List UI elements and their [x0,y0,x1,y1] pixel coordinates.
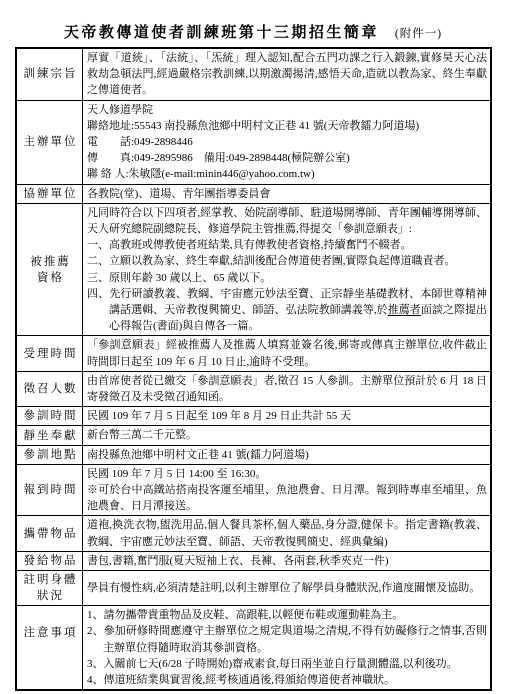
row-paragraph: 四、先行研讀教義、教綱、宇宙應元妙法至寶、正宗靜坐基礎教材、本師世尊精神講話選輯… [87,286,487,335]
row-label: 靜坐奉獻 [17,426,83,444]
row-content: 書包,書籍,奮鬥服(夏天短袖上衣、長褲、各兩套,秋季夾克一件) [83,552,490,570]
row-label: 參訓地點 [17,446,83,464]
row-content: 厚實「道統」、「法統」、「炁統」理入認知,配合五門功課之行入鍛鍊,實修昊天心法救… [83,49,490,100]
row-paragraph: 3、入關前七天(6/28 子時開始)齋戒素食,每日兩坐並自行量測體溫,以利後功。 [87,656,487,672]
row-paragraph: 1、請勿攜帶貴重物品及皮鞋、高跟鞋,以輕便布鞋或運動鞋為主。 [87,607,487,623]
row-paragraph: 三、原則年齡 30 歲以上、65 歲以下。 [87,270,487,286]
table-row: 主辦單位天人修道學院聯絡地址:55543 南投縣魚池鄉中明村文正巷 41 號(天… [17,100,490,184]
row-content: 學員有慢性病,必須清楚註明,以利主辦單位了解學員身體狀況,作適度關懷及協助。 [83,571,490,605]
row-content: 各教院(堂)、道場、青年團指導委員會 [83,185,490,203]
row-paragraph: 道袍,換洗衣物,盥洗用品,個人餐具茶杯,個人藥品,身分證,健保卡。指定書籍(教義… [87,517,487,549]
doc-table: 訓練宗旨厚實「道統」、「法統」、「炁統」理入認知,配合五門功課之行入鍛鍊,實修昊… [15,47,492,691]
row-paragraph: 2、參加研修時間應遵守主辦單位之規定與道場之清規,不得有妨礙修行之情事,否則主辦… [87,623,487,655]
row-label: 攜帶物品 [17,516,83,550]
row-label: 主辦單位 [17,101,83,184]
row-content: 由首席使者從已繳交「參訓意願表」者,徵召 15 人參訓。主辦單位預計於 6 月 … [83,372,490,406]
row-paragraph: ※可於台中高鐵站搭南投客運至埔里、魚池農會、日月潭。報到時專車至埔里、魚池農會、… [87,482,487,514]
row-paragraph: 南投縣魚池鄉中明村文正巷 41 號(鐳力阿道場) [87,447,487,463]
row-paragraph: 傳 真:049-2895986 備用:049-2898448(極院辦公室) [87,150,487,166]
table-row: 受理時間「參訓意願表」經被推薦人及推薦人填寫並簽名後,郵寄或傳真主辦單位,收件截… [17,335,490,370]
row-content: 新台幣三萬二千元整。 [83,426,490,444]
row-content: 道袍,換洗衣物,盥洗用品,個人餐具茶杯,個人藥品,身分證,健保卡。指定書籍(教義… [83,516,490,550]
row-paragraph: 民國 109 年 7 月 5 日起至 109 年 8 月 29 日止共計 55 … [87,408,487,424]
table-row: 靜坐奉獻新台幣三萬二千元整。 [17,425,490,444]
table-row: 註明身體狀況學員有慢性病,必須清楚註明,以利主辦單位了解學員身體狀況,作適度關懷… [17,570,490,605]
row-paragraph: 二、立願以教為家、終生奉獻,結訓後配合傳道使者團,實際負起傳道職責者。 [87,253,487,269]
row-paragraph: 學員有慢性病,必須清楚註明,以利主辦單位了解學員身體狀況,作適度關懷及協助。 [87,580,487,596]
row-content: 南投縣魚池鄉中明村文正巷 41 號(鐳力阿道場) [83,446,490,464]
row-label: 訓練宗旨 [17,49,83,100]
row-label: 發給物品 [17,552,83,570]
row-content: 民國 109 年 7 月 5 日 14:00 至 16:30。※可於台中高鐵站搭… [83,465,490,516]
table-row: 參訓地點南投縣魚池鄉中明村文正巷 41 號(鐳力阿道場) [17,445,490,464]
row-paragraph: 4、傳道班結業與實習後,經考核通過後,得頒給傳道使者神職狀。 [87,672,487,688]
row-content: 民國 109 年 7 月 5 日起至 109 年 8 月 29 日止共計 55 … [83,407,490,425]
attachment-note: (附件一) [395,25,442,41]
row-paragraph: 民國 109 年 7 月 5 日 14:00 至 16:30。 [87,466,487,482]
row-paragraph: 電 話:049-2898446 [87,134,487,150]
table-row: 發給物品書包,書籍,奮鬥服(夏天短袖上衣、長褲、各兩套,秋季夾克一件) [17,551,490,570]
row-content: 凡同時符合以下四項者,經掌教、始院副導師、駐道場開導師、青年團輔導開導師、天人研… [83,204,490,336]
row-label: 協辦單位 [17,185,83,203]
row-paragraph: 各教院(堂)、道場、青年團指導委員會 [87,186,487,202]
row-paragraph: 書包,書籍,奮鬥服(夏天短袖上衣、長褲、各兩套,秋季夾克一件) [87,553,487,569]
row-paragraph: 一、高教班或傳教使者班結業,具有傳教使者資格,持續奮鬥不輟者。 [87,237,487,253]
row-paragraph: 新台幣三萬二千元整。 [87,427,487,443]
table-row: 參訓時間民國 109 年 7 月 5 日起至 109 年 8 月 29 日止共計… [17,406,490,425]
page-title: 天帝教傳道使者訓練班第十三期招生簡章 [64,21,379,42]
table-row: 攜帶物品道袍,換洗衣物,盥洗用品,個人餐具茶杯,個人藥品,身分證,健保卡。指定書… [17,515,490,550]
table-row: 訓練宗旨厚實「道統」、「法統」、「炁統」理入認知,配合五門功課之行入鍛鍊,實修昊… [17,49,490,100]
row-paragraph: 「參訓意願表」經被推薦人及推薦人填寫並簽名後,郵寄或傳真主辦單位,收件截止時間即… [87,337,487,369]
table-row: 徵召人數由首席使者從已繳交「參訓意願表」者,徵召 15 人參訓。主辦單位預計於 … [17,371,490,406]
row-label: 參訓時間 [17,407,83,425]
row-content: 「參訓意願表」經被推薦人及推薦人填寫並簽名後,郵寄或傳真主辦單位,收件截止時間即… [83,336,490,370]
row-content: 天人修道學院聯絡地址:55543 南投縣魚池鄉中明村文正巷 41 號(天帝教鐳力… [83,101,490,184]
row-label: 被推薦資格 [17,204,83,336]
document-page: 天帝教傳道使者訓練班第十三期招生簡章 (附件一) 訓練宗旨厚實「道統」、「法統」… [0,0,506,694]
row-paragraph: 天人修道學院 [87,102,487,118]
row-paragraph: 厚實「道統」、「法統」、「炁統」理入認知,配合五門功課之行入鍛鍊,實修昊天心法救… [87,50,487,99]
row-label: 注意事項 [17,606,83,689]
row-label: 徵召人數 [17,372,83,406]
row-content: 1、請勿攜帶貴重物品及皮鞋、高跟鞋,以輕便布鞋或運動鞋為主。2、參加研修時間應遵… [83,606,490,689]
table-row: 被推薦資格凡同時符合以下四項者,經掌教、始院副導師、駐道場開導師、青年團輔導開導… [17,203,490,336]
table-row: 協辦單位各教院(堂)、道場、青年團指導委員會 [17,184,490,203]
title-bar: 天帝教傳道使者訓練班第十三期招生簡章 (附件一) [0,21,506,42]
table-row: 報到時間民國 109 年 7 月 5 日 14:00 至 16:30。※可於台中… [17,464,490,516]
row-label: 受理時間 [17,336,83,370]
row-paragraph: 聯絡地址:55543 南投縣魚池鄉中明村文正巷 41 號(天帝教鐳力阿道場) [87,118,487,134]
row-label: 註明身體狀況 [17,571,83,605]
row-label: 報到時間 [17,465,83,516]
row-paragraph: 凡同時符合以下四項者,經掌教、始院副導師、駐道場開導師、青年團輔導開導師、天人研… [87,205,487,237]
row-paragraph: 由首席使者從已繳交「參訓意願表」者,徵召 15 人參訓。主辦單位預計於 6 月 … [87,373,487,405]
table-row: 注意事項1、請勿攜帶貴重物品及皮鞋、高跟鞋,以輕便布鞋或運動鞋為主。2、參加研修… [17,605,490,689]
row-paragraph: 聯 絡 人:朱敏隱(e-mail:minin446@yahoo.com.tw) [87,166,487,182]
